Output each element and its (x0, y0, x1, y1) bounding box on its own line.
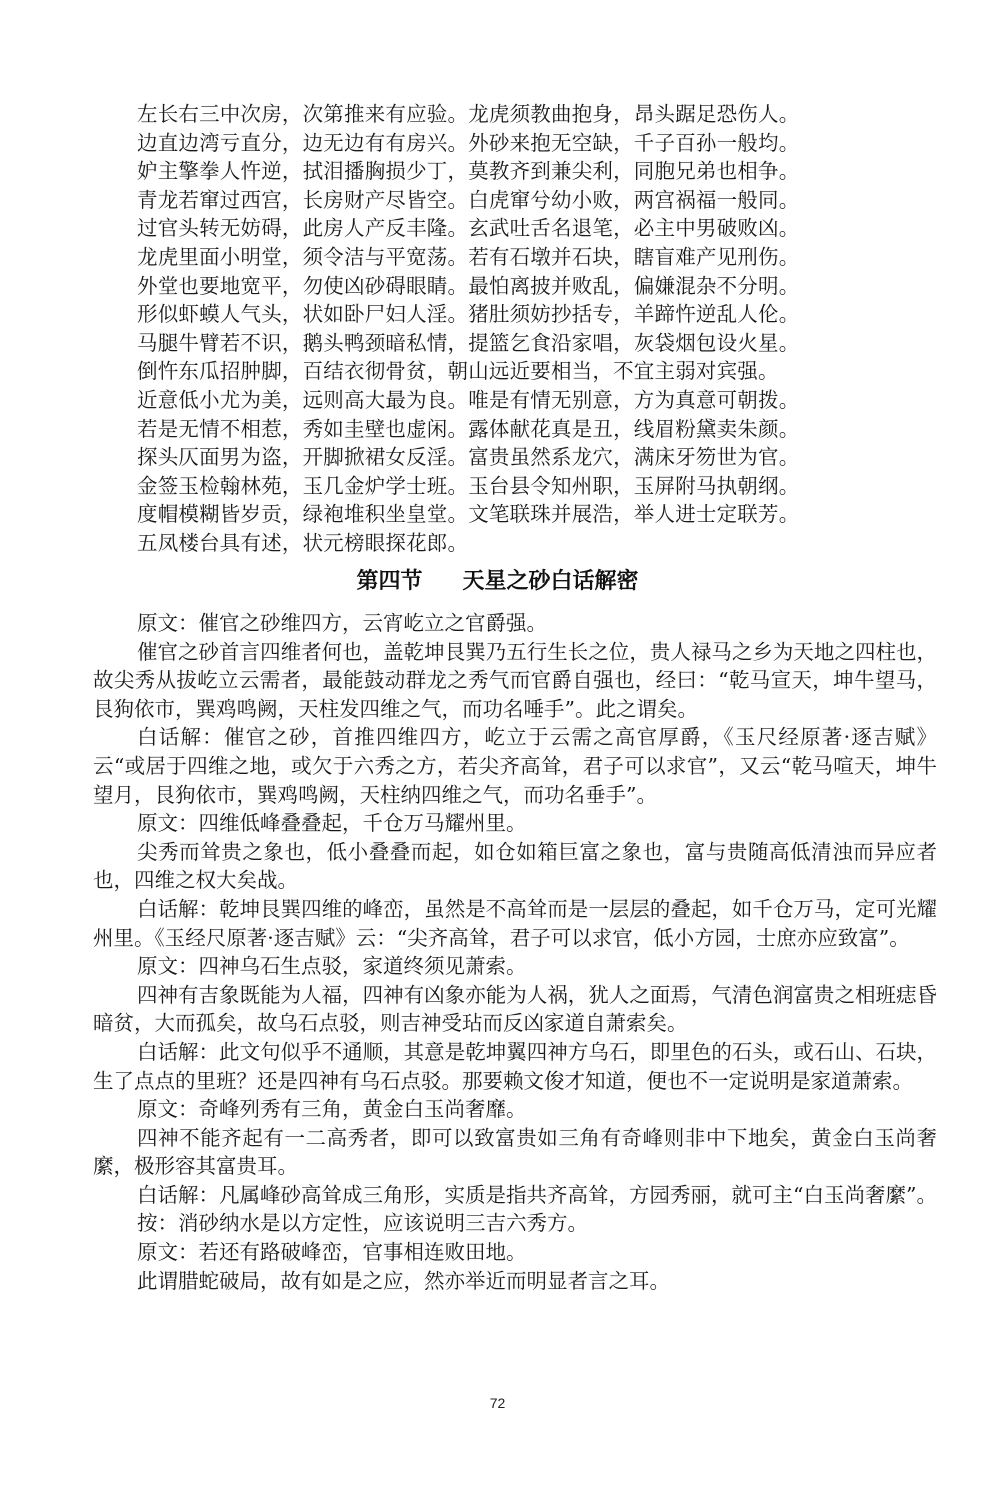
verse-line: 形似虾蟆人气头，状如卧尸妇人淫。猪肚须妨抄括专，羊蹄忤逆乱人伦。 (137, 300, 857, 329)
paragraph-original-text: 原文：若还有路破峰峦，官事相连败田地。 (93, 1238, 937, 1267)
section-heading: 第四节天星之砂白话解密 (0, 564, 995, 600)
paragraph-commentary: 此谓腊蛇破局，故有如是之应，然亦举近而明显者言之耳。 (93, 1267, 937, 1296)
verse-line: 左长右三中次房，次第推来有应验。龙虎须教曲抱身，昂头踞足恐伤人。 (137, 100, 857, 129)
body-text: 原文：催官之砂维四方，云宵屹立之官爵强。 催官之砂首言四维者何也，盖乾坤艮巽乃五… (93, 609, 937, 1295)
paragraph-vernacular-explanation: 白话解：凡属峰砂高耸成三角形，实质是指共齐高耸，方园秀丽，就可主“白玉尚奢縻”。 (93, 1181, 937, 1210)
paragraph-original-text: 原文：奇峰列秀有三角，黄金白玉尚奢靡。 (93, 1095, 937, 1124)
paragraph-note: 按：消砂纳水是以方定性，应该说明三吉六秀方。 (93, 1209, 937, 1238)
paragraph-commentary: 尖秀而耸贵之象也，低小叠叠而起，如仓如箱巨富之象也，富与贵随高低清浊而异应者也，… (93, 838, 937, 895)
paragraph-commentary: 四神有吉象既能为人福，四神有凶象亦能为人祸，犹人之面焉，气清色润富贵之相班痣昏暗… (93, 981, 937, 1038)
paragraph-commentary: 四神不能齐起有一二高秀者，即可以致富贵如三角有奇峰则非中下地矣，黄金白玉尚奢縻，… (93, 1124, 937, 1181)
verse-line: 度帽模糊皆岁贡，绿袍堆积坐皇堂。文笔联珠并展浩，举人进士定联芳。 (137, 500, 857, 529)
verse-line: 边直边湾亏直分，边无边有有房兴。外砂来抱无空缺，千子百孙一般均。 (137, 129, 857, 158)
verse-line: 龙虎里面小明堂，须令洁与平宽荡。若有石墩并石块，瞎盲难产见刑伤。 (137, 243, 857, 272)
paragraph-original-text: 原文：催官之砂维四方，云宵屹立之官爵强。 (93, 609, 937, 638)
paragraph-original-text: 原文：四维低峰叠叠起，千仓万马耀州里。 (93, 809, 937, 838)
verse-line: 五凤楼台具有述，状元榜眼探花郎。 (137, 529, 857, 558)
verse-line: 妒主擎拳人忤逆，拭泪播胸损少丁，莫教齐到兼尖利，同胞兄弟也相争。 (137, 157, 857, 186)
verse-line: 金签玉检翰林苑，玉几金炉学士班。玉台县令知州职，玉屏附马执朝纲。 (137, 472, 857, 501)
verse-block: 左长右三中次房，次第推来有应验。龙虎须教曲抱身，昂头踞足恐伤人。 边直边湾亏直分… (137, 100, 857, 558)
paragraph-vernacular-explanation: 白话解：乾坤艮巽四维的峰峦，虽然是不高耸而是一层层的叠起，如千仓万马，定可光耀州… (93, 895, 937, 952)
verse-line: 青龙若窜过西宫，长房财产尽皆空。白虎窜兮幼小败，两宫祸福一般同。 (137, 186, 857, 215)
verse-line: 马腿牛臂若不识，鹅头鸭颈暗私情，提篮乞食沿家唱，灰袋烟包设火星。 (137, 329, 857, 358)
verse-line: 近意低小尤为美，远则高大最为良。唯是有情无别意，方为真意可朝拨。 (137, 386, 857, 415)
verse-line: 倒忤东瓜招肿脚，百结衣彻骨贫，朝山远近要相当，不宜主弱对宾强。 (137, 357, 857, 386)
paragraph-vernacular-explanation: 白话解：催官之砂，首推四维四方，屹立于云需之高官厚爵，《玉尺经原著·逐吉赋》云“… (93, 723, 937, 809)
paragraph-original-text: 原文：四神乌石生点驳，家道终须见萧索。 (93, 952, 937, 981)
document-page: 左长右三中次房，次第推来有应验。龙虎须教曲抱身，昂头踞足恐伤人。 边直边湾亏直分… (0, 0, 995, 1509)
paragraph-commentary: 催官之砂首言四维者何也，盖乾坤艮巽乃五行生长之位，贵人禄马之乡为天地之四柱也，故… (93, 638, 937, 724)
verse-line: 外堂也要地宽平，勿使凶砂碍眼睛。最怕离披并败乱，偏嫌混杂不分明。 (137, 272, 857, 301)
page-number: 72 (0, 1395, 995, 1411)
section-title: 天星之砂白话解密 (463, 569, 639, 594)
section-number: 第四节 (356, 569, 422, 594)
verse-line: 过官头转无妨碍，此房人产反丰隆。玄武吐舌名退笔，必主中男破败凶。 (137, 214, 857, 243)
verse-line: 若是无情不相惹，秀如圭壁也虚闲。露体献花真是丑，线眉粉黛卖朱颜。 (137, 415, 857, 444)
paragraph-vernacular-explanation: 白话解：此文句似乎不通顺，其意是乾坤翼四神方乌石，即里色的石头，或石山、石块，生… (93, 1038, 937, 1095)
verse-line: 探头仄面男为盗，开脚掀裙女反淫。富贵虽然系龙穴，满床牙笏世为官。 (137, 443, 857, 472)
